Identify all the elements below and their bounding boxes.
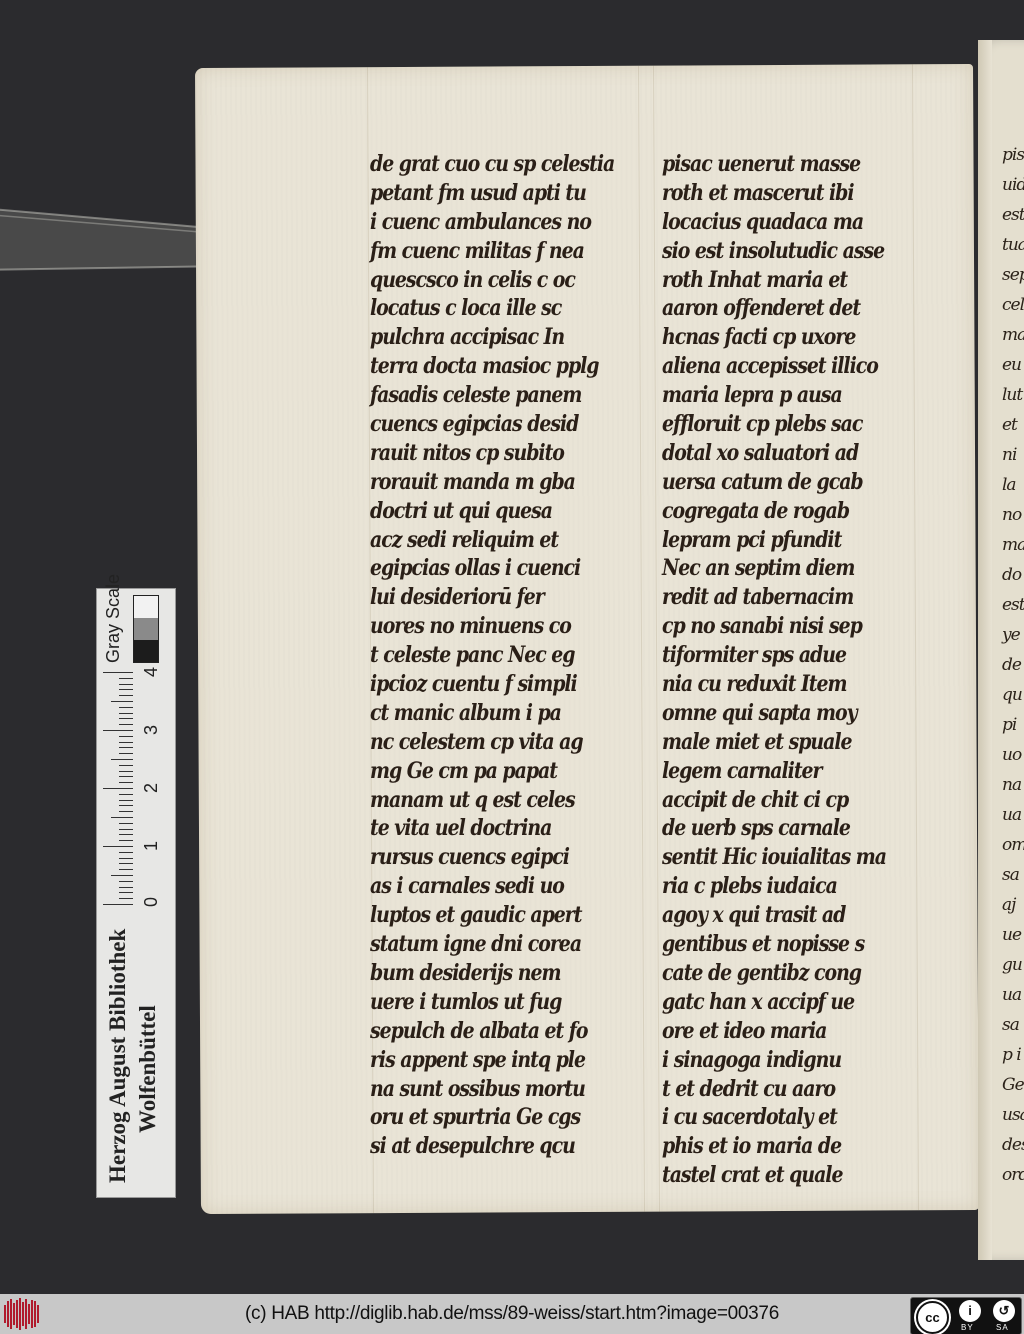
manuscript-line: uores no minuens co bbox=[370, 612, 604, 641]
manuscript-left-column: de grat cuo cu sp celestiapetant fm usud… bbox=[370, 150, 642, 1161]
creative-commons-license-badge[interactable]: cc i ↺ BY SA bbox=[910, 1297, 1022, 1334]
scale-number: 0 bbox=[141, 897, 162, 907]
manuscript-line: egipcias ollas i cuenci bbox=[370, 554, 604, 583]
by-label: BY bbox=[961, 1323, 974, 1332]
manuscript-line: as i carnales sedi uo bbox=[370, 872, 604, 901]
facing-page-fragment: pisa bbox=[1002, 140, 1024, 170]
manuscript-line: na sunt ossibus mortu bbox=[370, 1075, 604, 1104]
manuscript-line: mg Ge cm pa papat bbox=[370, 757, 604, 786]
facing-page-fragment: est bbox=[1002, 200, 1024, 230]
facing-page-fragment: ye bbox=[1002, 620, 1024, 650]
facing-page-fragment: est bbox=[1002, 590, 1024, 620]
manuscript-line: aliena accepisset illico bbox=[662, 352, 896, 381]
facing-page-fragment: lut bbox=[1002, 380, 1024, 410]
manuscript-line: gatc han x accipf ue bbox=[662, 988, 896, 1017]
facing-page-fragment: sa bbox=[1002, 1010, 1024, 1040]
ruler-ticks bbox=[103, 665, 133, 905]
facing-page-fragment: ordi bbox=[1002, 1160, 1024, 1190]
manuscript-line: fasadis celeste panem bbox=[370, 381, 604, 410]
gray-scale-label: Gray Scale bbox=[103, 574, 124, 663]
manuscript-line: ris appent spe intq ple bbox=[370, 1046, 604, 1075]
facing-page-fragment: pi bbox=[1002, 710, 1024, 740]
manuscript-line: effloruit cp plebs sac bbox=[662, 410, 896, 439]
viewer-footer: (c) HAB http://diglib.hab.de/mss/89-weis… bbox=[0, 1294, 1024, 1334]
facing-page-fragment: ma bbox=[1002, 530, 1024, 560]
scale-number: 4 bbox=[141, 667, 162, 677]
facing-page-fragment: ma bbox=[1002, 320, 1024, 350]
cc-icon: cc bbox=[916, 1301, 949, 1334]
facing-page-fragment: no bbox=[1002, 500, 1024, 530]
manuscript-line: nc celestem cp vita ag bbox=[370, 728, 604, 757]
manuscript-line: cogregata de rogab bbox=[662, 497, 896, 526]
ruler-institution-name: Herzog August Bibliothek bbox=[105, 929, 131, 1183]
manuscript-line: dotal xo saluatori ad bbox=[662, 439, 896, 468]
manuscript-line: acz sedi reliquim et bbox=[370, 526, 604, 555]
manuscript-line: lepram pci pfundit bbox=[662, 526, 896, 555]
manuscript-line: ct manic album i pa bbox=[370, 699, 604, 728]
manuscript-line: hcnas facti cp uxore bbox=[662, 323, 896, 352]
facing-page-fragment: qu bbox=[1002, 680, 1024, 710]
manuscript-line: i cuenc ambulances no bbox=[370, 208, 604, 237]
manuscript-line: oru et spurtria Ge cgs bbox=[370, 1103, 604, 1132]
facing-page-fragment: uo bbox=[1002, 740, 1024, 770]
manuscript-line: agoy x qui trasit ad bbox=[662, 901, 896, 930]
manuscript-line: lui desideriorū fer bbox=[370, 583, 604, 612]
manuscript-line: cate de gentibz cong bbox=[662, 959, 896, 988]
facing-page-fragment: ni bbox=[1002, 440, 1024, 470]
gray-scale-swatches bbox=[133, 595, 159, 663]
manuscript-line: ria c plebs iudaica bbox=[662, 872, 896, 901]
manuscript-line: te vita uel doctrina bbox=[370, 814, 604, 843]
manuscript-line: redit ad tabernacim bbox=[662, 583, 896, 612]
manuscript-line: roth et mascerut ibi bbox=[662, 179, 896, 208]
manuscript-line: sio est insolutudic asse bbox=[662, 237, 896, 266]
manuscript-line: cp no sanabi nisi sep bbox=[662, 612, 896, 641]
manuscript-line: rorauit manda m gba bbox=[370, 468, 604, 497]
manuscript-line: de grat cuo cu sp celestia bbox=[370, 150, 604, 179]
color-scale-ruler: Herzog August Bibliothek Wolfenbüttel 0 … bbox=[96, 588, 176, 1198]
copyright-url[interactable]: (c) HAB http://diglib.hab.de/mss/89-weis… bbox=[0, 1303, 1024, 1325]
facing-page-fragment: et bbox=[1002, 410, 1024, 440]
manuscript-line: locatus c loca ille sc bbox=[370, 294, 604, 323]
manuscript-line: fm cuenc militas f nea bbox=[370, 237, 604, 266]
manuscript-line: de uerb sps carnale bbox=[662, 814, 896, 843]
manuscript-line: legem carnaliter bbox=[662, 757, 896, 786]
manuscript-line: tiformiter sps adue bbox=[662, 641, 896, 670]
manuscript-line: pulchra accipisac In bbox=[370, 323, 604, 352]
facing-page-fragment: do bbox=[1002, 560, 1024, 590]
manuscript-line: aaron offenderet det bbox=[662, 294, 896, 323]
facing-page-fragment: Ge bbox=[1002, 1070, 1024, 1100]
manuscript-line: statum igne dni corea bbox=[370, 930, 604, 959]
facing-page-fragment: usa bbox=[1002, 1100, 1024, 1130]
manuscript-line: terra docta masioc pplg bbox=[370, 352, 604, 381]
manuscript-line: Nec an septim diem bbox=[662, 554, 896, 583]
manuscript-scan-viewport: de grat cuo cu sp celestiapetant fm usud… bbox=[0, 0, 1024, 1294]
manuscript-line: uersa catum de gcab bbox=[662, 468, 896, 497]
scale-number: 2 bbox=[141, 783, 162, 793]
facing-page-fragment: p i bbox=[1002, 1040, 1024, 1070]
facing-page-edge: pisauideesttuasepucelebmaeulutetnilanoma… bbox=[978, 40, 1024, 1260]
manuscript-line: omne qui sapta moy bbox=[662, 699, 896, 728]
facing-page-fragment: tua bbox=[1002, 230, 1024, 260]
manuscript-line: maria lepra p ausa bbox=[662, 381, 896, 410]
ruler-city-name: Wolfenbüttel bbox=[135, 1005, 161, 1133]
facing-page-text-fragments: pisauideesttuasepucelebmaeulutetnilanoma… bbox=[1002, 140, 1024, 1190]
manuscript-line: t et dedrit cu aaro bbox=[662, 1075, 896, 1104]
manuscript-line: ipcioz cuentu f simpli bbox=[370, 670, 604, 699]
facing-page-fragment: uide bbox=[1002, 170, 1024, 200]
manuscript-line: si at desepulchre qcu bbox=[370, 1132, 604, 1161]
manuscript-line: i sinagoga indignu bbox=[662, 1046, 896, 1075]
facing-page-fragment: om bbox=[1002, 830, 1024, 860]
manuscript-line: ore et ideo maria bbox=[662, 1017, 896, 1046]
scale-number: 3 bbox=[141, 725, 162, 735]
scale-number: 1 bbox=[141, 841, 162, 851]
manuscript-line: petant fm usud apti tu bbox=[370, 179, 604, 208]
facing-page-fragment: eu bbox=[1002, 350, 1024, 380]
facing-page-fragment: na bbox=[1002, 770, 1024, 800]
facing-page-fragment: ua bbox=[1002, 980, 1024, 1010]
manuscript-line: male miet et spuale bbox=[662, 728, 896, 757]
manuscript-line: manam ut q est celes bbox=[370, 786, 604, 815]
manuscript-line: roth Inhat maria et bbox=[662, 266, 896, 295]
manuscript-line: bum desiderijs nem bbox=[370, 959, 604, 988]
manuscript-line: cuencs egipcias desid bbox=[370, 410, 604, 439]
facing-page-fragment: aj bbox=[1002, 890, 1024, 920]
facing-page-fragment: ue bbox=[1002, 920, 1024, 950]
manuscript-line: uere i tumlos ut fug bbox=[370, 988, 604, 1017]
sa-label: SA bbox=[996, 1323, 1009, 1332]
gray-swatch bbox=[134, 596, 158, 618]
binding-gutter bbox=[978, 40, 992, 1260]
manuscript-line: phis et io maria de bbox=[662, 1132, 896, 1161]
manuscript-line: t celeste panc Nec eg bbox=[370, 641, 604, 670]
manuscript-line: rauit nitos cp subito bbox=[370, 439, 604, 468]
attribution-icon: i bbox=[959, 1300, 981, 1322]
manuscript-line: doctri ut qui quesa bbox=[370, 497, 604, 526]
gray-swatch bbox=[134, 618, 158, 640]
manuscript-line: luptos et gaudic apert bbox=[370, 901, 604, 930]
manuscript-right-column: pisac uenerut masseroth et mascerut ibil… bbox=[662, 150, 934, 1190]
manuscript-line: tastel crat et quale bbox=[662, 1161, 896, 1190]
facing-page-fragment: gu bbox=[1002, 950, 1024, 980]
manuscript-line: rursus cuencs egipci bbox=[370, 843, 604, 872]
manuscript-line: i cu sacerdotaly et bbox=[662, 1103, 896, 1132]
manuscript-line: quescsco in celis c oc bbox=[370, 266, 604, 295]
manuscript-line: nia cu reduxit Item bbox=[662, 670, 896, 699]
share-alike-icon: ↺ bbox=[993, 1300, 1015, 1322]
facing-page-fragment: la bbox=[1002, 470, 1024, 500]
facing-page-fragment: sepu bbox=[1002, 260, 1024, 290]
manuscript-line: sentit Hic iouialitas ma bbox=[662, 843, 896, 872]
facing-page-fragment: celeb bbox=[1002, 290, 1024, 320]
manuscript-line: locacius quadaca ma bbox=[662, 208, 896, 237]
gray-swatch bbox=[134, 640, 158, 662]
facing-page-fragment: sa bbox=[1002, 860, 1024, 890]
facing-page-fragment: desti bbox=[1002, 1130, 1024, 1160]
facing-page-fragment: ua bbox=[1002, 800, 1024, 830]
manuscript-line: pisac uenerut masse bbox=[662, 150, 896, 179]
manuscript-line: sepulch de albata et fo bbox=[370, 1017, 604, 1046]
manuscript-line: accipit de chit ci cp bbox=[662, 786, 896, 815]
facing-page-fragment: de bbox=[1002, 650, 1024, 680]
manuscript-line: gentibus et nopisse s bbox=[662, 930, 896, 959]
